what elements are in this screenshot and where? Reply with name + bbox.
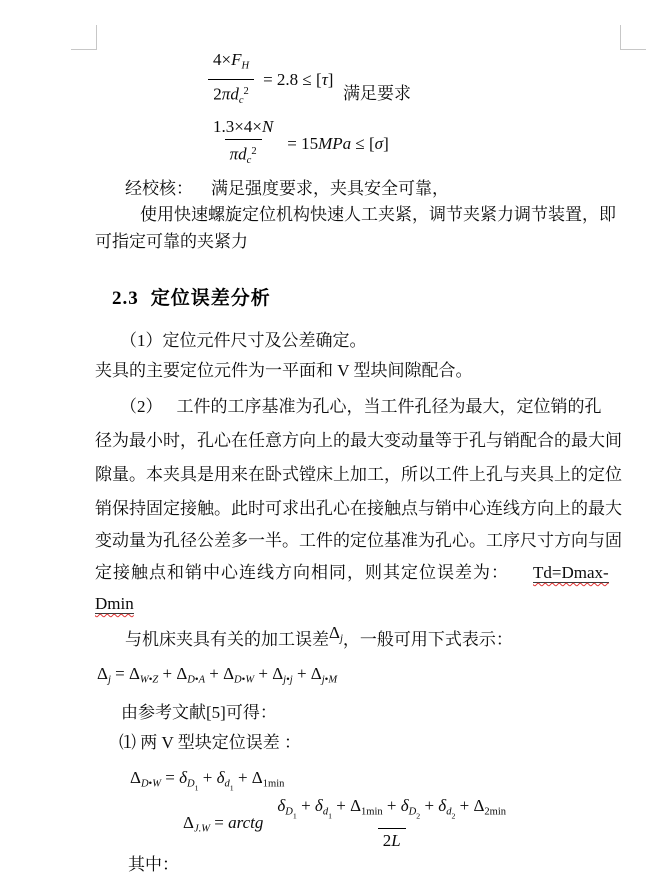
text-after-delta: ，一般可用下式表示： (343, 630, 513, 649)
formula-note: 满足要求 (343, 84, 411, 103)
formula-result: = 2.8 ≤ [τ] (263, 70, 333, 90)
fraction: 1.3×4×N πdc2 (208, 117, 278, 171)
fraction-denominator: 2πdc2 (208, 79, 253, 111)
machining-error-line: 与机床夹具有关的加工误差Δj，一般可用下式表示： (125, 630, 513, 656)
fixture-elements-line: 夹具的主要定位元件为一平面和 V 型块间隙配合。 (95, 361, 472, 380)
formula-stress-check: 1.3×4×N πdc2 = 15MPa ≤ [σ] (208, 117, 389, 171)
item-2-label: （2） (120, 397, 163, 416)
formula-result: = 15MPa ≤ [σ] (287, 134, 388, 154)
formula-angle-error: ΔJ.W = arctg δD1 + δd1 + Δ1min + δD2 + δ… (183, 796, 511, 851)
v-block-item-line: ⑴ 两 V 型块定位误差 ： (119, 733, 301, 752)
fraction: 4×FH 2πdc2 (208, 50, 254, 111)
paragraph-2-line: 定接触点和销中心连线方向相同，则其定位误差为：Td=Dmax- (95, 563, 609, 582)
delta-j-symbol: Δj (329, 623, 343, 642)
paragraph-check-line: 经校核：满足强度要求，夹具安全可靠， (125, 179, 449, 198)
document-page: 4×FH 2πdc2 = 2.8 ≤ [τ] 满足要求 1.3×4×N πdc2… (0, 0, 668, 872)
crop-mark-top-left-horizontal (71, 49, 96, 50)
paragraph-check-line: 可指定可靠的夹紧力 (95, 232, 248, 251)
paragraph-2-line: 径为最小时，孔心在任意方向上的最大变动量等于孔与销配合的最大间 (95, 431, 622, 450)
crop-mark-top-right-vertical (620, 25, 621, 50)
formula-vblock-error: ΔD•W = δD1 + δd1 + Δ1min (130, 768, 284, 792)
fraction: δD1 + δd1 + Δ1min + δD2 + δd2 + Δ2min 2L (272, 796, 511, 851)
paragraph-2-text: 定接触点和销中心连线方向相同，则其定位误差为： (95, 563, 509, 582)
item-1-line: （1）定位元件尺寸及公差确定。 (120, 331, 367, 350)
crop-mark-top-right-horizontal (621, 49, 646, 50)
paragraph-2-line: 变动量为孔径公差多一半。工件的定位基准为孔心。工序尺寸方向与固 (95, 531, 622, 550)
reference-line: 由参考文献[5]可得： (121, 703, 277, 722)
check-label: 经校核： (125, 179, 193, 198)
paragraph-2-line: Dmin (95, 594, 134, 614)
fraction-denominator: πdc2 (225, 139, 262, 171)
formula-error-sum: Δj = ΔW•Z + ΔD•A + ΔD•W + Δj•j + Δj•M (97, 664, 337, 686)
td-equation-text: Td=Dmax- (533, 563, 609, 583)
formula-lhs: ΔJ.W = arctg (183, 813, 263, 835)
paragraph-2-line: 隙量。本夹具是用来在卧式镗床上加工，所以工件上孔与夹具上的定位 (95, 465, 622, 484)
section-title: 定位误差分析 (151, 288, 271, 309)
where-line: 其中： (128, 855, 179, 872)
section-heading: 2.3定位误差分析 (112, 283, 271, 310)
text-before-delta: 与机床夹具有关的加工误差 (125, 630, 329, 649)
paragraph-2-text: 工件的工序基准为孔心，当工件孔径为最大，定位销的孔 (177, 397, 602, 416)
fraction-numerator: 1.3×4×N (208, 117, 278, 139)
check-text: 满足强度要求，夹具安全可靠， (211, 179, 449, 198)
paragraph-check-line: 使用快速螺旋定位机构快速人工夹紧，调节夹紧力调节装置，即 (140, 205, 616, 224)
fraction-denominator: 2L (378, 828, 406, 851)
crop-mark-top-left-vertical (96, 25, 97, 50)
fraction-numerator: δD1 + δd1 + Δ1min + δD2 + δd2 + Δ2min (272, 796, 511, 828)
formula-shear-check: 4×FH 2πdc2 = 2.8 ≤ [τ] (208, 50, 333, 111)
paragraph-2-line: 销保持固定接触。此时可求出孔心在接触点与销中心连线方向上的最大 (95, 499, 622, 518)
section-number: 2.3 (112, 288, 139, 309)
dmin-text: Dmin (95, 594, 134, 614)
paragraph-2-line: （2）工件的工序基准为孔心，当工件孔径为最大，定位销的孔 (120, 397, 602, 416)
fraction-numerator: 4×FH (208, 50, 254, 79)
